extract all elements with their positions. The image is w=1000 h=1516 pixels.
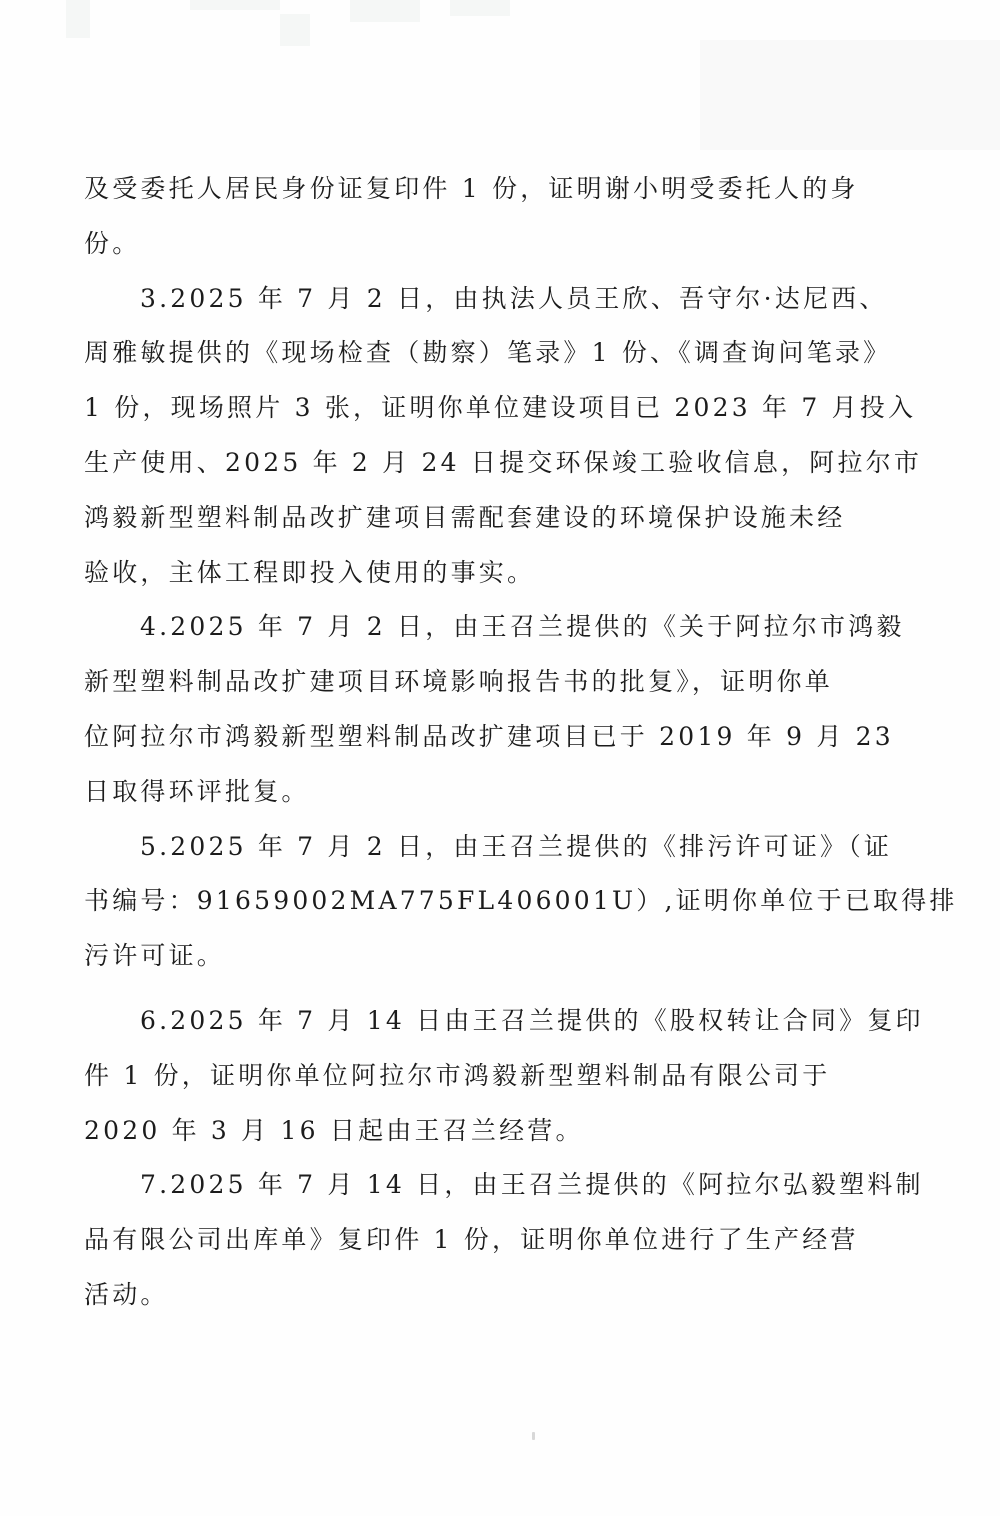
spacer <box>84 984 874 994</box>
paragraph-item-2-tail: 及受委托人居民身份证复印件 1 份，证明谢小明受委托人的身 份。 <box>84 162 874 272</box>
text-line: 周雅敏提供的《现场检查（勘察）笔录》1 份、《调查询问笔录》 <box>84 326 874 381</box>
bleed-through-mark <box>66 0 90 38</box>
text-line: 7.2025 年 7 月 14 日，由王召兰提供的《阿拉尔弘毅塑料制 <box>84 1158 874 1213</box>
text-line: 鸿毅新型塑料制品改扩建项目需配套建设的环境保护设施未经 <box>84 491 874 546</box>
text-line: 位阿拉尔市鸿毅新型塑料制品改扩建项目已于 2019 年 9 月 23 <box>84 710 874 765</box>
paragraph-item-3: 3.2025 年 7 月 2 日，由执法人员王欣、吾守尔·达尼西、 周雅敏提供的… <box>84 272 874 601</box>
text-line: 及受委托人居民身份证复印件 1 份，证明谢小明受委托人的身 <box>84 162 874 217</box>
scan-speck <box>532 1432 535 1440</box>
text-line: 验收，主体工程即投入使用的事实。 <box>84 546 874 601</box>
document-body: 及受委托人居民身份证复印件 1 份，证明谢小明受委托人的身 份。 3.2025 … <box>84 162 874 1323</box>
text-line: 5.2025 年 7 月 2 日，由王召兰提供的《排污许可证》（证 <box>84 820 874 875</box>
bleed-through-mark <box>190 0 280 10</box>
text-line: 品有限公司出库单》复印件 1 份，证明你单位进行了生产经营 <box>84 1213 874 1268</box>
text-line: 份。 <box>84 217 874 272</box>
text-line: 活动。 <box>84 1268 874 1323</box>
bleed-through-mark <box>350 0 420 22</box>
text-line: 污许可证。 <box>84 929 874 984</box>
bleed-through-mark <box>280 14 310 46</box>
paragraph-item-7: 7.2025 年 7 月 14 日，由王召兰提供的《阿拉尔弘毅塑料制 品有限公司… <box>84 1158 874 1322</box>
bleed-through-mark <box>450 0 510 16</box>
paragraph-item-4: 4.2025 年 7 月 2 日，由王召兰提供的《关于阿拉尔市鸿毅 新型塑料制品… <box>84 600 874 819</box>
paragraph-item-5: 5.2025 年 7 月 2 日，由王召兰提供的《排污许可证》（证 书编号：91… <box>84 820 874 984</box>
text-line: 书编号：91659002MA775FL406001U）,证明你单位于已取得排 <box>84 874 874 929</box>
text-line: 3.2025 年 7 月 2 日，由执法人员王欣、吾守尔·达尼西、 <box>84 272 874 327</box>
text-line: 1 份，现场照片 3 张，证明你单位建设项目已 2023 年 7 月投入 <box>84 381 874 436</box>
text-line: 2020 年 3 月 16 日起由王召兰经营。 <box>84 1104 874 1159</box>
text-line: 6.2025 年 7 月 14 日由王召兰提供的《股权转让合同》复印 <box>84 994 874 1049</box>
paragraph-item-6: 6.2025 年 7 月 14 日由王召兰提供的《股权转让合同》复印 件 1 份… <box>84 994 874 1158</box>
text-line: 件 1 份，证明你单位阿拉尔市鸿毅新型塑料制品有限公司于 <box>84 1049 874 1104</box>
scanned-document-page: 及受委托人居民身份证复印件 1 份，证明谢小明受委托人的身 份。 3.2025 … <box>0 0 1000 1516</box>
text-line: 生产使用、2025 年 2 月 24 日提交环保竣工验收信息，阿拉尔市 <box>84 436 874 491</box>
text-line: 新型塑料制品改扩建项目环境影响报告书的批复》，证明你单 <box>84 655 874 710</box>
text-line: 日取得环评批复。 <box>84 765 874 820</box>
text-line: 4.2025 年 7 月 2 日，由王召兰提供的《关于阿拉尔市鸿毅 <box>84 600 874 655</box>
bleed-through-mark <box>700 40 1000 150</box>
